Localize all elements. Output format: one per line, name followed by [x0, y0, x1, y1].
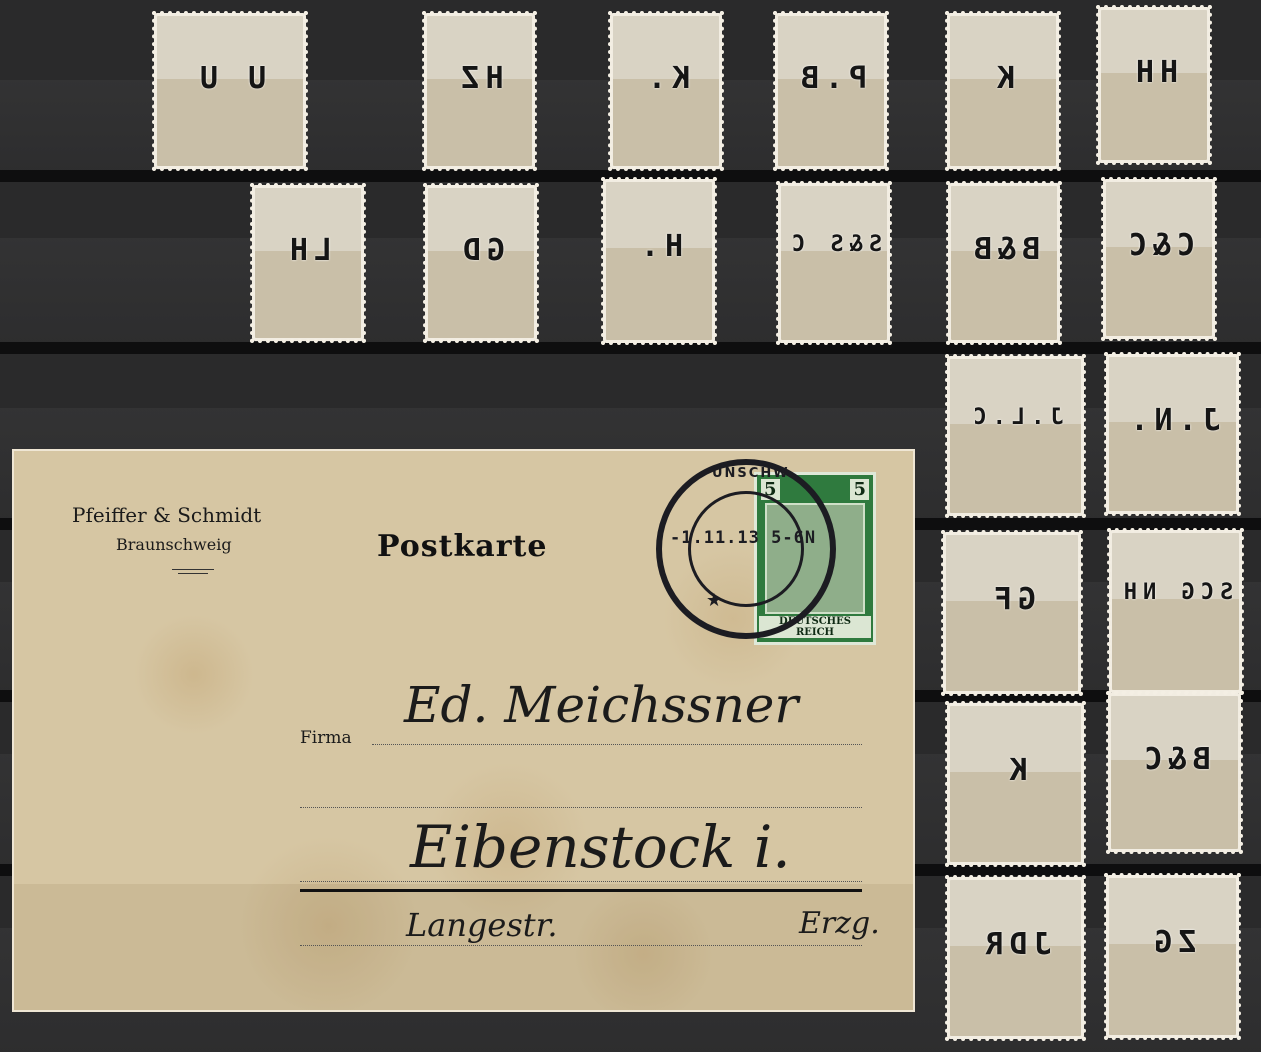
perfin-initials: J.L.C	[950, 405, 1081, 430]
perfin-stamp[interactable]: LH	[255, 188, 361, 338]
postcard-title: Postkarte	[377, 529, 547, 564]
postmark-circle-icon	[656, 459, 836, 639]
perfin-stamp[interactable]: GF	[946, 535, 1078, 691]
handwritten-name: Ed. Meichssner	[404, 676, 798, 734]
address-underline	[300, 889, 862, 892]
perfin-initials: ZG	[1109, 925, 1236, 960]
perfin-stamp[interactable]: JDR	[950, 880, 1081, 1036]
perfin-stamp[interactable]: K	[950, 16, 1056, 166]
stockbook-divider	[0, 170, 1261, 182]
perfin-stamp[interactable]: ZG	[1109, 878, 1236, 1035]
sender-name: Pfeiffer & Schmidt	[72, 503, 261, 527]
perfin-initials: GD	[428, 233, 534, 268]
perfin-stamp[interactable]: H.	[606, 182, 712, 340]
stamp-value-right: 5	[850, 479, 869, 500]
address-line	[300, 807, 862, 808]
handwritten-town: Eibenstock i.	[410, 813, 791, 881]
address-line	[372, 744, 862, 745]
perfin-stamp[interactable]: HH	[1101, 10, 1207, 160]
perfin-stamp[interactable]: SCG NH	[1112, 533, 1239, 690]
perfin-initials: B&C	[1111, 742, 1238, 777]
postmark-star-icon: ★	[706, 590, 722, 611]
perfin-initials: B&B	[951, 232, 1057, 267]
perfin-initials: H.	[606, 229, 712, 264]
perfin-stamp[interactable]: J.L.C	[950, 359, 1081, 513]
perfin-stamp[interactable]: P.B	[778, 16, 884, 166]
perfin-initials: S&S C	[781, 232, 887, 257]
perfin-stamp[interactable]: HZ	[427, 16, 532, 166]
perfin-stamp[interactable]: K.	[613, 16, 719, 166]
stockbook-divider	[0, 342, 1261, 354]
sender-rule	[172, 569, 214, 570]
perfin-initials: K	[950, 61, 1056, 96]
perfin-initials: JDR	[950, 927, 1081, 962]
perfin-stamp[interactable]: B&B	[951, 186, 1057, 340]
perfin-initials: HH	[1101, 55, 1207, 90]
handwritten-region: Erzg.	[799, 906, 880, 941]
perfin-initials: LH	[255, 233, 361, 268]
perfin-initials: P.B	[778, 61, 884, 96]
perfin-stamp[interactable]: B&C	[1111, 696, 1238, 849]
sender-rule	[178, 573, 208, 574]
sender-city: Braunschweig	[116, 535, 232, 554]
perfin-stamp[interactable]: C&C	[1106, 182, 1212, 336]
perfin-stamp[interactable]: U U	[157, 16, 303, 166]
perfin-stamp[interactable]: J.N.	[1109, 357, 1236, 511]
perfin-initials: SCG NH	[1112, 580, 1239, 605]
perfin-initials: K	[950, 753, 1081, 788]
perfin-initials: HZ	[427, 61, 532, 96]
postmark-city: UNSCHW	[712, 466, 790, 481]
perfin-stamp[interactable]: K	[950, 706, 1081, 862]
perfin-initials: U U	[157, 61, 303, 96]
address-line	[300, 945, 862, 946]
perfin-stamp[interactable]: S&S C	[781, 186, 887, 340]
perfin-initials: J.N.	[1109, 403, 1236, 438]
perfin-initials: K.	[613, 61, 719, 96]
perfin-initials: C&C	[1106, 228, 1212, 263]
perfin-stamp[interactable]: GD	[428, 188, 534, 338]
perfin-initials: GF	[946, 582, 1078, 617]
handwritten-street: Langestr.	[406, 906, 558, 944]
address-line	[300, 881, 862, 882]
firma-label: Firma	[300, 728, 352, 748]
glassine-overlay	[14, 884, 913, 1010]
postmark-date: -1.11.13 5-6N	[670, 528, 816, 548]
